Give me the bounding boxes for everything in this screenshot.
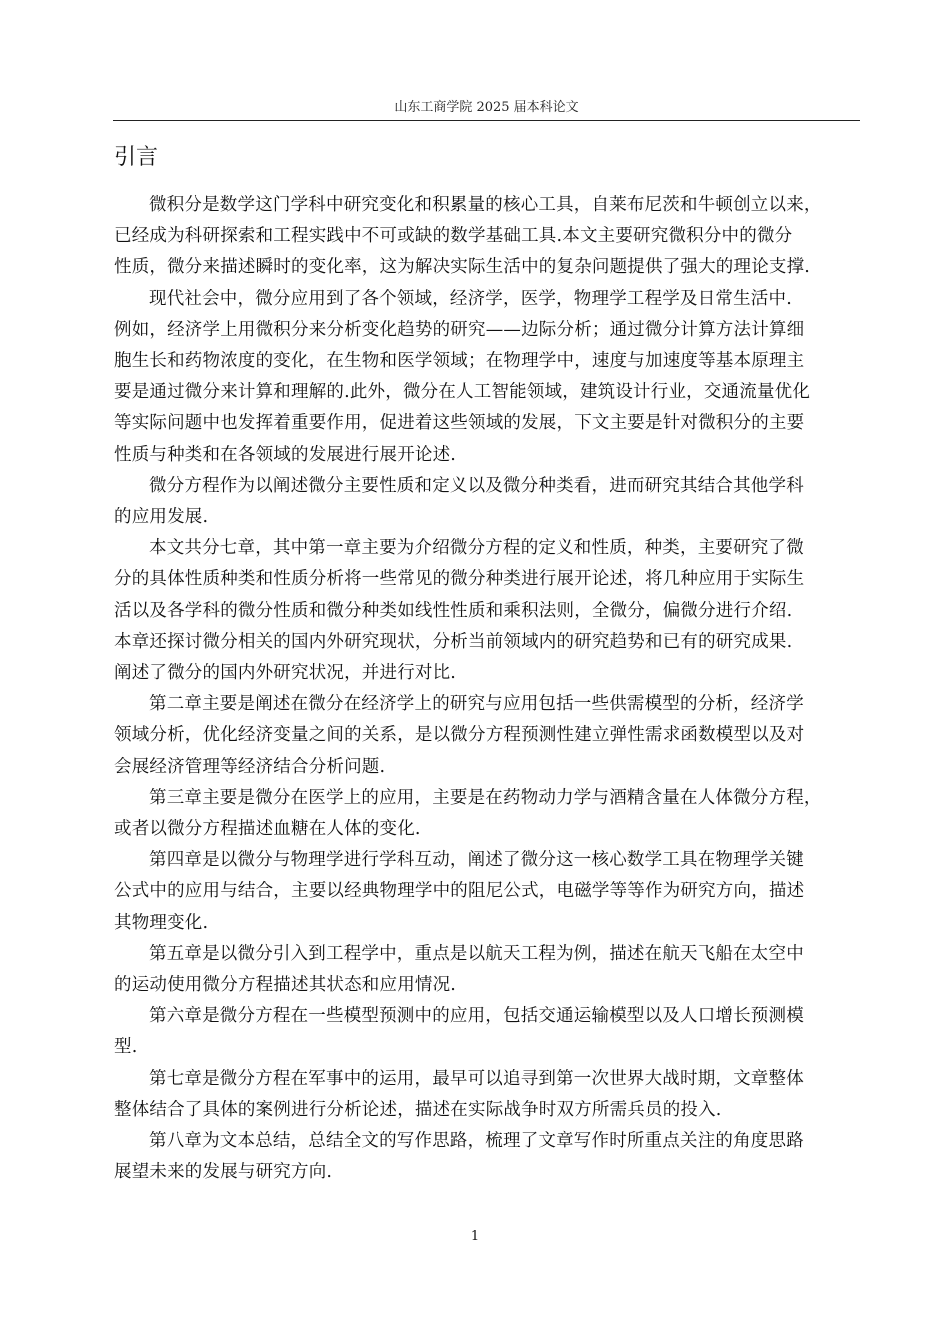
text-line: 活以及各学科的微分性质和微分种类如线性性质和乘积法则，全微分，偏微分进行介绍.: [114, 596, 860, 627]
text-line: 第五章是以微分引入到工程学中，重点是以航天工程为例，描述在航天飞船在太空中: [114, 939, 860, 970]
text-line: 第八章为文本总结，总结全文的写作思路，梳理了文章写作时所重点关注的角度思路: [114, 1126, 860, 1157]
paragraph: 微积分是数学这门学科中研究变化和积累量的核心工具，自莱布尼茨和牛顿创立以来，已经…: [114, 190, 860, 284]
body-text: 微积分是数学这门学科中研究变化和积累量的核心工具，自莱布尼茨和牛顿创立以来，已经…: [114, 190, 860, 1189]
text-line: 胞生长和药物浓度的变化，在生物和医学领域；在物理学中，速度与加速度等基本原理主: [114, 346, 860, 377]
text-line: 第七章是微分方程在军事中的运用，最早可以追寻到第一次世界大战时期，文章整体: [114, 1064, 860, 1095]
paragraph: 第六章是微分方程在一些模型预测中的应用，包括交通运输模型以及人口增长预测模型.: [114, 1001, 860, 1063]
text-line: 性质与种类和在各领域的发展进行展开论述.: [114, 440, 860, 471]
paragraph: 本文共分七章，其中第一章主要为介绍微分方程的定义和性质，种类，主要研究了微分的具…: [114, 533, 860, 689]
text-line: 例如，经济学上用微积分来分析变化趋势的研究——边际分析；通过微分计算方法计算细: [114, 315, 860, 346]
header-divider: [113, 120, 860, 121]
section-title: 引言: [114, 143, 158, 173]
paragraph: 第三章主要是微分在医学上的应用，主要是在药物动力学与酒精含量在人体微分方程，或者…: [114, 783, 860, 845]
text-line: 的应用发展.: [114, 502, 860, 533]
text-line: 阐述了微分的国内外研究状况，并进行对比.: [114, 658, 860, 689]
text-line: 本文共分七章，其中第一章主要为介绍微分方程的定义和性质，种类，主要研究了微: [114, 533, 860, 564]
text-line: 等实际问题中也发挥着重要作用，促进着这些领域的发展，下文主要是针对微积分的主要: [114, 408, 860, 439]
running-header: 山东工商学院 2025 届本科论文: [113, 100, 860, 116]
paragraph: 微分方程作为以阐述微分主要性质和定义以及微分种类看，进而研究其结合其他学科的应用…: [114, 471, 860, 533]
text-line: 要是通过微分来计算和理解的.此外，微分在人工智能领域，建筑设计行业，交通流量优化: [114, 377, 860, 408]
text-line: 其物理变化.: [114, 908, 860, 939]
text-line: 会展经济管理等经济结合分析问题.: [114, 752, 860, 783]
text-line: 型.: [114, 1032, 860, 1063]
text-line: 微分方程作为以阐述微分主要性质和定义以及微分种类看，进而研究其结合其他学科: [114, 471, 860, 502]
text-line: 或者以微分方程描述血糖在人体的变化.: [114, 814, 860, 845]
paragraph: 第五章是以微分引入到工程学中，重点是以航天工程为例，描述在航天飞船在太空中的运动…: [114, 939, 860, 1001]
text-line: 第三章主要是微分在医学上的应用，主要是在药物动力学与酒精含量在人体微分方程，: [114, 783, 860, 814]
text-line: 本章还探讨微分相关的国内外研究现状，分析当前领域内的研究趋势和已有的研究成果.: [114, 627, 860, 658]
text-line: 整体结合了具体的案例进行分析论述，描述在实际战争时双方所需兵员的投入.: [114, 1095, 860, 1126]
paragraph: 现代社会中，微分应用到了各个领域，经济学，医学，物理学工程学及日常生活中.例如，…: [114, 284, 860, 471]
text-line: 公式中的应用与结合，主要以经典物理学中的阻尼公式，电磁学等等作为研究方向，描述: [114, 876, 860, 907]
text-line: 领域分析，优化经济变量之间的关系，是以微分方程预测性建立弹性需求函数模型以及对: [114, 720, 860, 751]
text-line: 的运动使用微分方程描述其状态和应用情况.: [114, 970, 860, 1001]
text-line: 展望未来的发展与研究方向.: [114, 1157, 860, 1188]
text-line: 现代社会中，微分应用到了各个领域，经济学，医学，物理学工程学及日常生活中.: [114, 284, 860, 315]
text-line: 第二章主要是阐述在微分在经济学上的研究与应用包括一些供需模型的分析，经济学: [114, 689, 860, 720]
text-line: 分的具体性质种类和性质分析将一些常见的微分种类进行展开论述，将几种应用于实际生: [114, 564, 860, 595]
paragraph: 第四章是以微分与物理学进行学科互动，阐述了微分这一核心数学工具在物理学关键公式中…: [114, 845, 860, 939]
text-line: 微积分是数学这门学科中研究变化和积累量的核心工具，自莱布尼茨和牛顿创立以来，: [114, 190, 860, 221]
page-number: 1: [0, 1229, 950, 1245]
paragraph: 第七章是微分方程在军事中的运用，最早可以追寻到第一次世界大战时期，文章整体整体结…: [114, 1064, 860, 1126]
text-line: 第四章是以微分与物理学进行学科互动，阐述了微分这一核心数学工具在物理学关键: [114, 845, 860, 876]
text-line: 性质，微分来描述瞬时的变化率，这为解决实际生活中的复杂问题提供了强大的理论支撑.: [114, 252, 860, 283]
text-line: 第六章是微分方程在一些模型预测中的应用，包括交通运输模型以及人口增长预测模: [114, 1001, 860, 1032]
document-page: 山东工商学院 2025 届本科论文 引言 微积分是数学这门学科中研究变化和积累量…: [0, 0, 950, 1344]
text-line: 已经成为科研探索和工程实践中不可或缺的数学基础工具.本文主要研究微积分中的微分: [114, 221, 860, 252]
paragraph: 第八章为文本总结，总结全文的写作思路，梳理了文章写作时所重点关注的角度思路展望未…: [114, 1126, 860, 1188]
paragraph: 第二章主要是阐述在微分在经济学上的研究与应用包括一些供需模型的分析，经济学领域分…: [114, 689, 860, 783]
